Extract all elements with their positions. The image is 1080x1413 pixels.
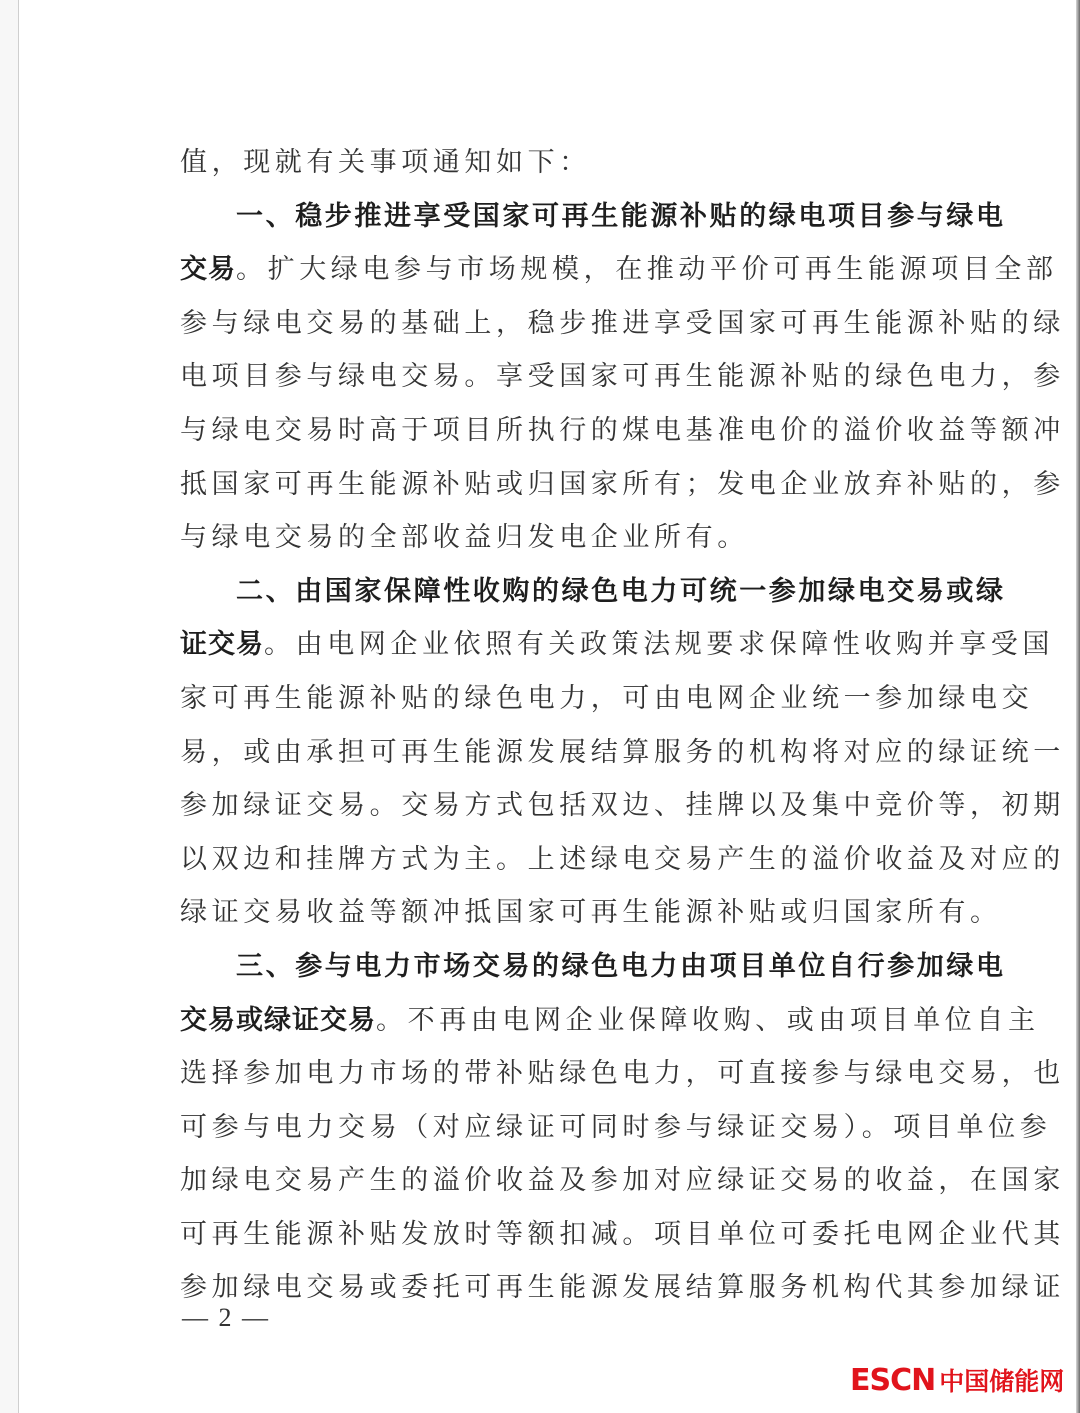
- section-1-line-6: 与绿电交易的全部收益归发电企业所有。: [180, 511, 970, 565]
- watermark-latin: ESCN: [850, 1363, 935, 1398]
- page-number: — 2 —: [182, 1303, 270, 1333]
- section-1-line-1: 交易。扩大绿电参与市场规模，在推动平价可再生能源项目全部: [180, 243, 970, 297]
- section-2-line-5: 以双边和挂牌方式为主。上述绿电交易产生的溢价收益及对应的: [180, 833, 970, 887]
- section-3-line-5: 可再生能源补贴发放时等额扣减。项目单位可委托电网企业代其: [180, 1208, 970, 1262]
- section-3-line-2: 选择参加电力市场的带补贴绿色电力，可直接参与绿电交易，也: [180, 1047, 970, 1101]
- page-right-edge: [1076, 0, 1080, 1413]
- section-2-line-6: 绿证交易收益等额冲抵国家可再生能源补贴或归国家所有。: [180, 886, 970, 940]
- section-2-line-1: 证交易。由电网企业依照有关政策法规要求保障性收购并享受国: [180, 618, 970, 672]
- document-page: 值，现就有关事项通知如下： 一、稳步推进享受国家可再生能源补贴的绿电项目参与绿电…: [180, 136, 970, 1315]
- section-2-line-3: 易，或由承担可再生能源发展结算服务的机构将对应的绿证统一: [180, 726, 970, 780]
- section-3-line-3: 可参与电力交易（对应绿证可同时参与绿证交易）。项目单位参: [180, 1101, 970, 1155]
- section-2-heading-tail: 证交易: [180, 629, 264, 660]
- section-1-line-2: 参与绿电交易的基础上，稳步推进享受国家可再生能源补贴的绿: [180, 297, 970, 351]
- page-left-edge: [18, 0, 19, 1413]
- watermark-chinese: 中国储能网: [939, 1362, 1064, 1398]
- section-3-heading-tail: 交易或绿证交易: [180, 1005, 376, 1036]
- escn-watermark-logo: ESCN 中国储能网: [850, 1360, 1064, 1400]
- section-3-line-4: 加绿电交易产生的溢价收益及参加对应绿证交易的收益，在国家: [180, 1154, 970, 1208]
- section-1-line-3: 电项目参与绿电交易。享受国家可再生能源补贴的绿色电力，参: [180, 350, 970, 404]
- section-1-heading-tail: 交易: [180, 254, 236, 285]
- intro-line: 值，现就有关事项通知如下：: [180, 136, 970, 190]
- section-1-line-4: 与绿电交易时高于项目所执行的煤电基准电价的溢价收益等额冲: [180, 404, 970, 458]
- scan-left-margin: [0, 0, 18, 1413]
- section-2-line-4: 参加绿证交易。交易方式包括双边、挂牌以及集中竞价等，初期: [180, 779, 970, 833]
- section-1-heading: 一、稳步推进享受国家可再生能源补贴的绿电项目参与绿电: [180, 190, 970, 244]
- section-3-line-6: 参加绿电交易或委托可再生能源发展结算服务机构代其参加绿证: [180, 1261, 970, 1315]
- section-2-line-2: 家可再生能源补贴的绿色电力，可由电网企业统一参加绿电交: [180, 672, 970, 726]
- section-3-heading: 三、参与电力市场交易的绿色电力由项目单位自行参加绿电: [180, 940, 970, 994]
- section-2-heading: 二、由国家保障性收购的绿色电力可统一参加绿电交易或绿: [180, 565, 970, 619]
- section-3-line-1: 交易或绿证交易。不再由电网企业保障收购、或由项目单位自主: [180, 994, 970, 1048]
- section-1-line-5: 抵国家可再生能源补贴或归国家所有；发电企业放弃补贴的，参: [180, 458, 970, 512]
